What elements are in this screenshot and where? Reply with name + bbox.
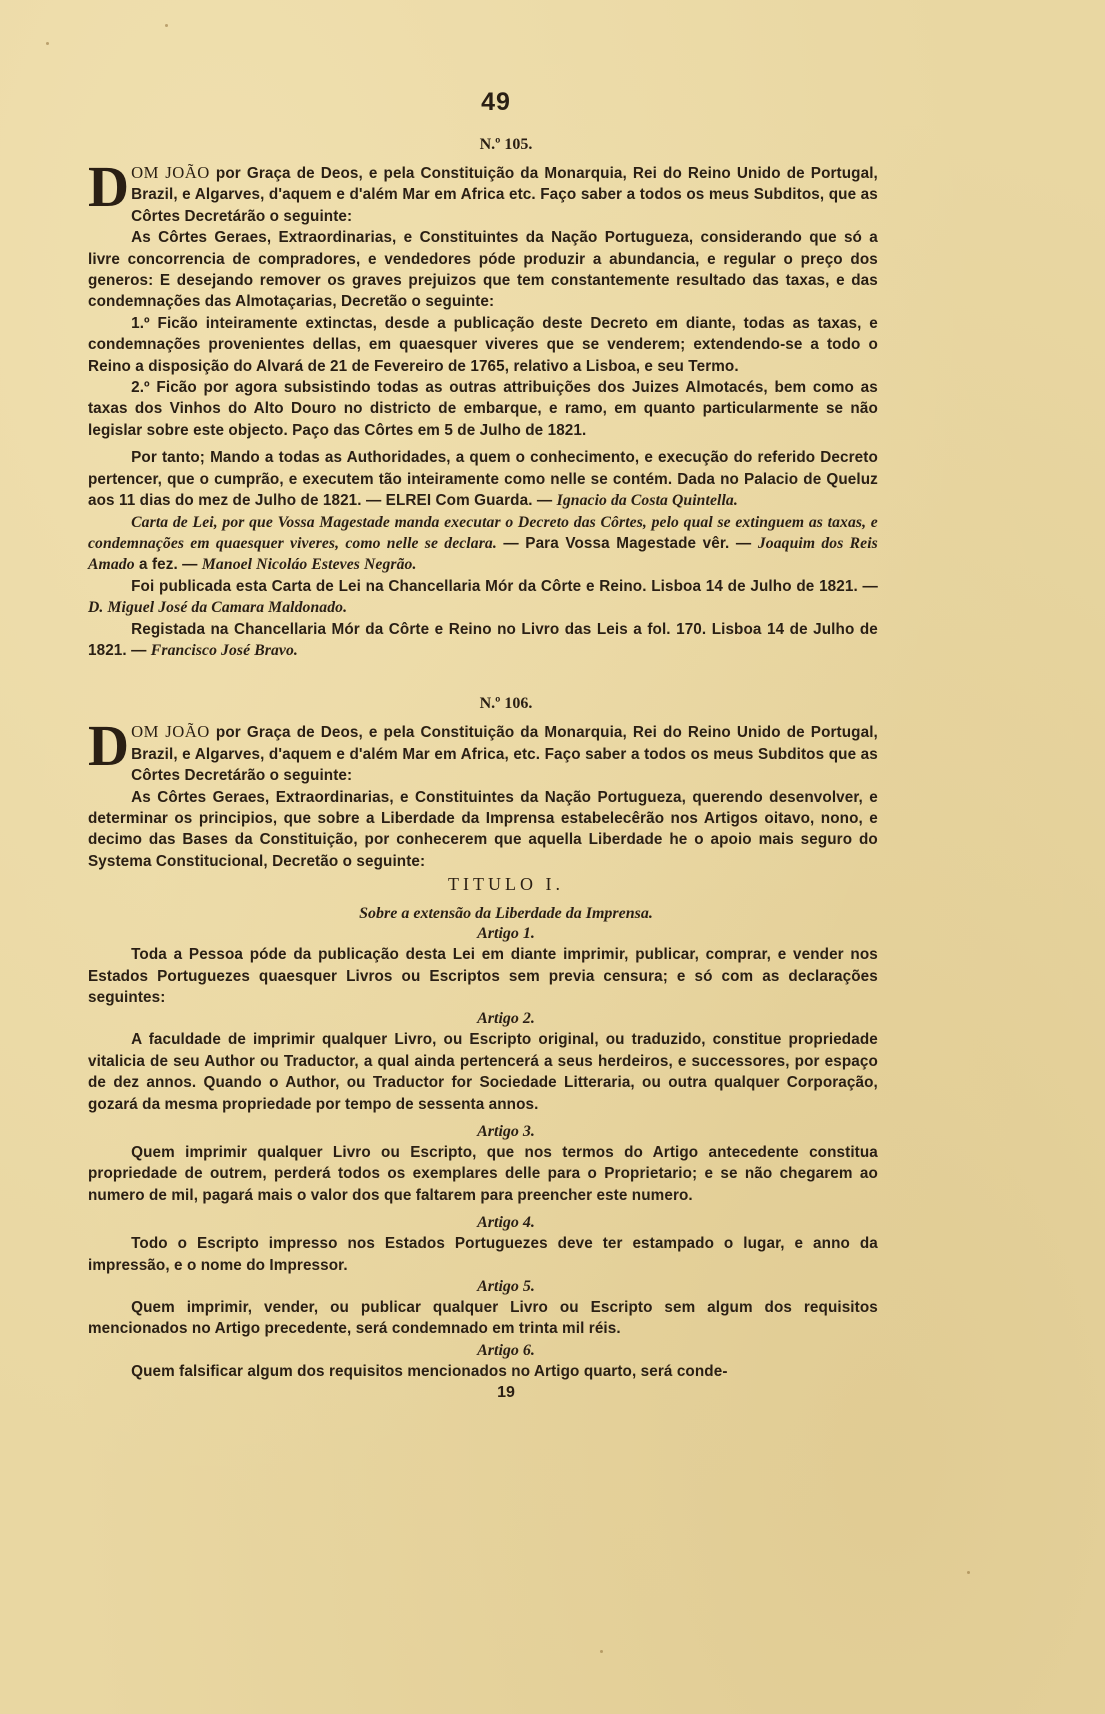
drop-cap: D [88, 164, 129, 210]
king-name: OM JOÃO [131, 163, 210, 182]
artigo-text: Quem falsificar algum dos requisitos men… [88, 1361, 878, 1382]
carta-text-2: a fez. — [135, 556, 202, 573]
decree-item-2: 2.º Ficão por agora subsistindo todas as… [88, 377, 878, 441]
decree-opening: DOM JOÃO por Graça de Deos, e pela Const… [88, 162, 878, 227]
artigo-heading: Artigo 1. [118, 923, 894, 944]
publication-text: Foi publicada esta Carta de Lei na Chanc… [131, 578, 878, 595]
carta-de-lei-paragraph: Carta de Lei, por que Vossa Magestade ma… [88, 512, 878, 576]
document-page: 49 N.º 105. DOM JOÃO por Graça de Deos, … [88, 88, 894, 1402]
artigo-heading: Artigo 2. [118, 1008, 894, 1029]
artigo-heading: Artigo 5. [118, 1276, 894, 1297]
artigo-heading: Artigo 6. [118, 1340, 894, 1361]
publication-paragraph: Foi publicada esta Carta de Lei na Chanc… [88, 576, 878, 619]
decree-105: N.º 105. DOM JOÃO por Graça de Deos, e p… [88, 136, 894, 661]
paper-speck [46, 42, 49, 45]
signature-mark: 19 [118, 1384, 894, 1402]
registration-signer: Francisco José Bravo. [151, 642, 298, 659]
decree-opening: DOM JOÃO por Graça de Deos, e pela Const… [88, 721, 878, 786]
artigo-text: Toda a Pessoa póde da publicação desta L… [88, 944, 878, 1008]
carta-signer: Manoel Nicoláo Esteves Negrão. [202, 556, 417, 573]
preamble: As Côrtes Geraes, Extraordinarias, e Con… [88, 787, 878, 873]
carta-text: — Para Vossa Magestade vêr. — [497, 535, 758, 552]
mandate-signer: Ignacio da Costa Quintella. [557, 492, 738, 509]
paper-speck [600, 1650, 603, 1653]
titulo-subtitle: Sobre a extensão da Liberdade da Imprens… [118, 905, 894, 923]
artigo-heading: Artigo 3. [118, 1121, 894, 1142]
publication-signer: D. Miguel José da Camara Maldonado. [88, 599, 347, 616]
opening-text: por Graça de Deos, e pela Constituição d… [131, 165, 878, 225]
mandate-paragraph: Por tanto; Mando a todas as Authoridades… [88, 447, 878, 511]
artigo-text: Todo o Escripto impresso nos Estados Por… [88, 1233, 878, 1276]
titulo-heading: TITULO I. [118, 874, 894, 895]
decree-item-1: 1.º Ficão inteiramente extinctas, desde … [88, 313, 878, 377]
king-name: OM JOÃO [131, 722, 210, 741]
mandate-text: Por tanto; Mando a todas as Authoridades… [88, 449, 878, 509]
paper-speck [967, 1571, 970, 1574]
preamble: As Côrtes Geraes, Extraordinarias, e Con… [88, 227, 878, 313]
artigo-heading: Artigo 4. [118, 1212, 894, 1233]
artigo-text: A faculdade de imprimir qualquer Livro, … [88, 1029, 878, 1115]
page-number: 49 [98, 88, 894, 128]
opening-text: por Graça de Deos, e pela Constituição d… [131, 724, 878, 784]
artigo-text: Quem imprimir qualquer Livro ou Escripto… [88, 1142, 878, 1206]
decree-106: N.º 106. DOM JOÃO por Graça de Deos, e p… [88, 695, 894, 1382]
registration-paragraph: Registada na Chancellaria Mór da Côrte e… [88, 619, 878, 662]
paper-speck [165, 24, 168, 27]
drop-cap: D [88, 723, 129, 769]
section-gap [88, 661, 894, 687]
artigo-text: Quem imprimir, vender, ou publicar qualq… [88, 1297, 878, 1340]
